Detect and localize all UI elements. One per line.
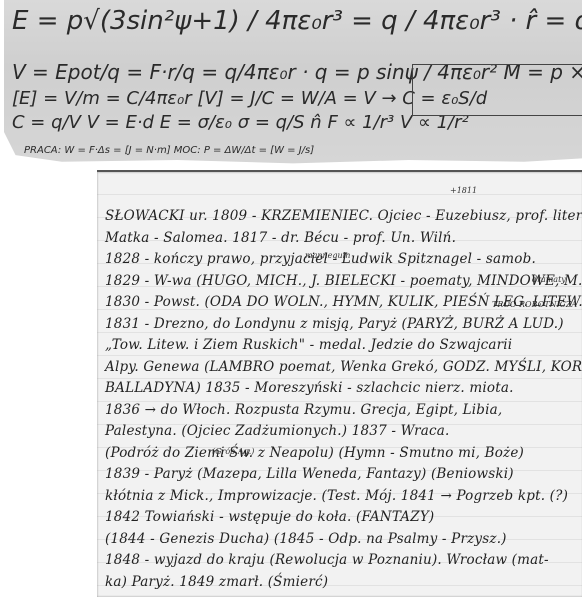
note-line: ka) Paryż. 1849 zmarł. (Śmierć)	[105, 574, 328, 590]
note-line: SŁOWACKI ur. 1809 - KRZEMIENIEC. Ojciec …	[105, 208, 582, 224]
note-line: 1829 - W-wa (HUGO, MICH., J. BIELECKI - …	[105, 273, 582, 289]
formula-line-electric-field: E = p√(3sin²ψ+1) / 4πε₀r³ = q / 4πε₀r³ ·…	[12, 6, 582, 36]
note-line: 1830 - Powst. (ODA DO WOLN., HYMN, KULIK…	[105, 294, 582, 310]
note-line: (1844 - Genezis Ducha) (1845 - Odp. na P…	[105, 531, 507, 547]
note-line: 1831 - Drezno, do Londynu z misją, Paryż…	[105, 316, 564, 332]
note-line: 1848 - wyjazd do kraju (Rewolucja w Pozn…	[105, 552, 549, 568]
note-line: Palestyna. (Ojciec Zadżumionych.) 1837 -…	[105, 423, 450, 439]
note-line: 1836 → do Włoch. Rozpusta Rzymu. Grecja,…	[105, 402, 502, 418]
formula-line-capacitance: C = q/V V = E·d E = σ/ε₀ σ = q/S n̂ F ∝ …	[12, 112, 469, 133]
slowacki-note-card: +1811 mannequin dramaty TROO ROBOTNICZA …	[97, 170, 582, 597]
note-line: kłótnia z Mick., Improwizacje. (Test. Mó…	[105, 488, 568, 504]
note-line: 1828 - kończy prawo, przyjaciel - Ludwik…	[105, 251, 536, 267]
physics-formula-strip: E = p√(3sin²ψ+1) / 4πε₀r³ = q / 4πε₀r³ ·…	[4, 0, 582, 165]
note-line: „Tow. Litew. i Ziem Ruskich" - medal. Je…	[105, 337, 512, 353]
dipole-moment-box	[412, 64, 582, 116]
note-line: (Podróż do Ziemi Św. z Neapolu) (Hymn - …	[105, 445, 524, 461]
note-death-year: +1811	[450, 186, 477, 195]
note-line: BALLADYNA) 1835 - Moreszyński - szlachci…	[105, 380, 514, 396]
note-line: Alpy. Genewa (LAMBRO poemat, Wenka Grekó…	[105, 359, 582, 375]
note-line: Matka - Salomea. 1817 - dr. Bécu - prof.…	[105, 230, 456, 246]
formula-line-work-power: PRACA: W = F·Δs = [J = N·m] MOC: P = ΔW/…	[24, 145, 314, 156]
note-line: 1842 Towiański - wstępuje do koła. (FANT…	[105, 509, 434, 525]
note-line: 1839 - Paryż (Mazepa, Lilla Weneda, Fant…	[105, 466, 514, 482]
